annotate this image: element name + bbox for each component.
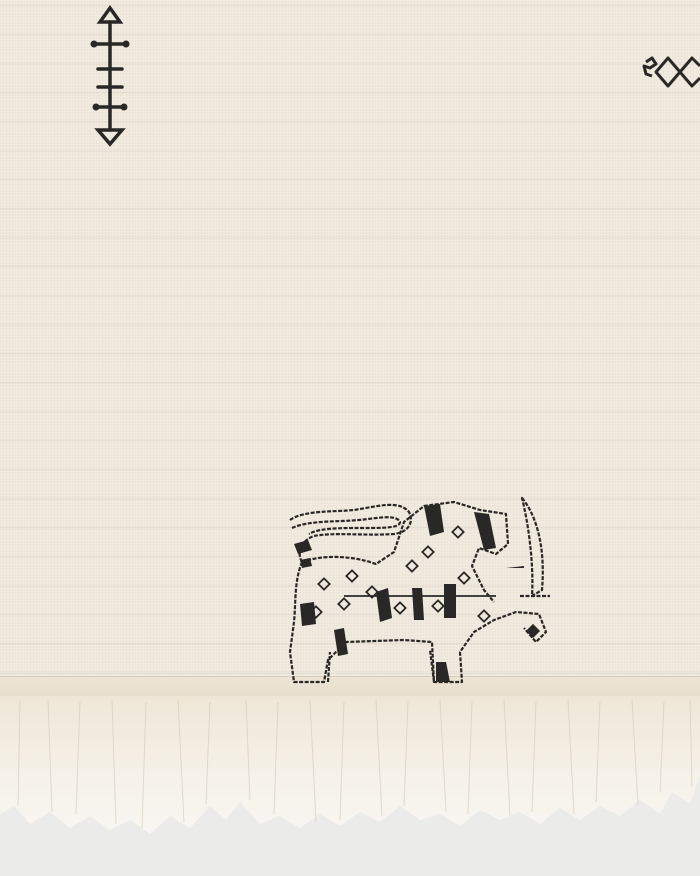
tassel-fringe <box>0 696 700 836</box>
product-photo <box>0 0 700 876</box>
arrow-cross-motif-icon <box>86 2 134 150</box>
diamond-zigzag-motif-icon <box>636 52 700 96</box>
lion-with-sword-motif-icon <box>284 492 560 692</box>
